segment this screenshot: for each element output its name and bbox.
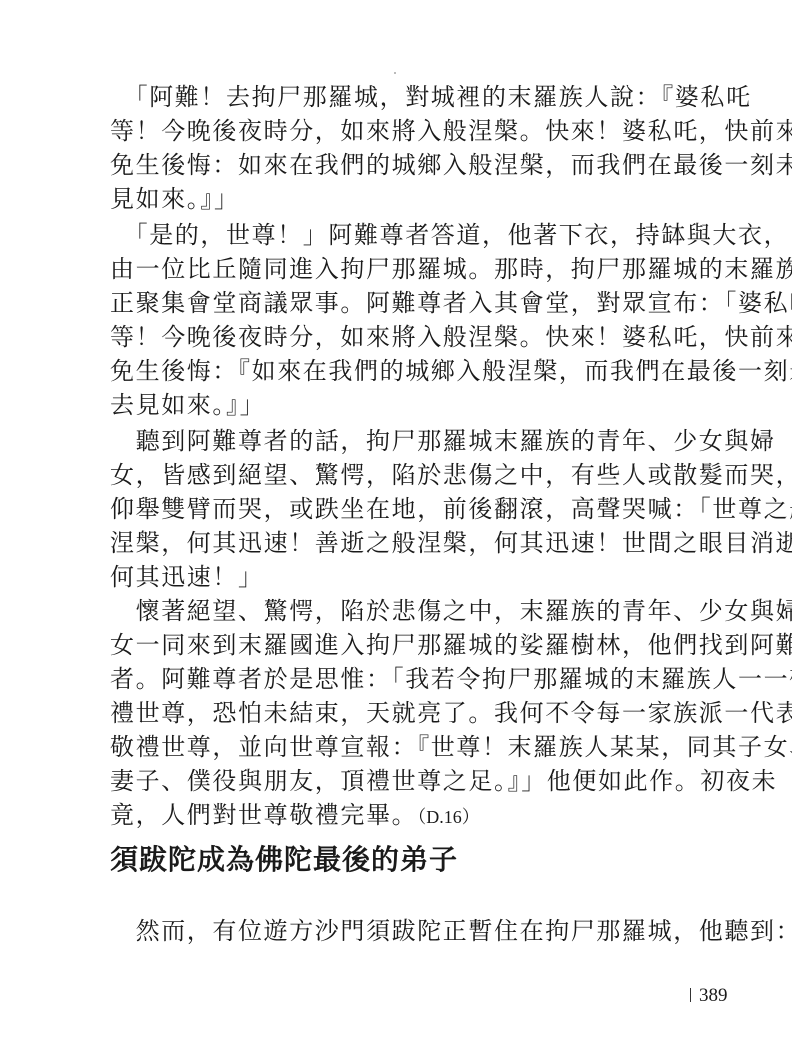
paragraph-1-line-2: 等！今晚後夜時分，如來將入般涅槃。快來！婆私吒，快前來！ [110, 116, 792, 146]
book-page: 「阿難！去拘尸那羅城，對城裡的末羅族人說：『婆私吒 等！今晚後夜時分，如來將入般… [0, 0, 792, 1056]
paragraph-2-line-3: 正聚集會堂商議眾事。阿難尊者入其會堂，對眾宣布：「婆私吒 [110, 288, 792, 318]
page-number: 389 [690, 985, 728, 1007]
paragraph-4-line-7-text: 竟，人們對世尊敬禮完畢。 [110, 801, 417, 829]
paragraph-2-line-4: 等！今晚後夜時分，如來將入般涅槃。快來！婆私吒，快前來！ [110, 322, 792, 352]
paragraph-1-line-1: 「阿難！去拘尸那羅城，對城裡的末羅族人說：『婆私吒 [110, 82, 752, 112]
folio-divider [690, 988, 691, 1002]
paragraph-4-line-4: 禮世尊，恐怕未結束，天就亮了。我何不令每一家族派一代表來 [110, 698, 792, 728]
paragraph-3-line-3: 仰舉雙臂而哭，或跌坐在地，前後翻滾，高聲哭喊：「世尊之般 [110, 494, 792, 524]
paragraph-2-line-2: 由一位比丘隨同進入拘尸那羅城。那時，拘尸那羅城的末羅族人 [110, 254, 792, 284]
paragraph-3-line-2: 女，皆感到絕望、驚愕，陷於悲傷之中，有些人或散髮而哭，或 [110, 460, 792, 490]
paragraph-4-line-2: 女一同來到末羅國進入拘尸那羅城的娑羅樹林，他們找到阿難尊 [110, 630, 792, 660]
page-number-text: 389 [699, 985, 728, 1006]
print-speck [394, 72, 396, 74]
paragraph-2-line-6: 去見如來。』」 [110, 390, 265, 420]
paragraph-1-line-4: 見如來。』」 [110, 184, 240, 214]
final-paragraph-line-1: 然而，有位遊方沙門須跋陀正暫住在拘尸那羅城，他聽到： [110, 916, 792, 946]
paragraph-3-line-5: 何其迅速！」 [110, 562, 264, 592]
citation-reference: （D.16） [417, 807, 480, 827]
paragraph-4-line-6: 妻子、僕役與朋友，頂禮世尊之足。』」他便如此作。初夜未 [110, 766, 777, 796]
section-heading: 須跋陀成為佛陀最後的弟子 [110, 842, 458, 878]
paragraph-4-line-3: 者。阿難尊者於是思惟：「我若令拘尸那羅城的末羅族人一一敬 [110, 664, 792, 694]
paragraph-3-line-4: 涅槃，何其迅速！善逝之般涅槃，何其迅速！世間之眼目消逝， [110, 528, 792, 558]
paragraph-2-line-1: 「是的，世尊！」阿難尊者答道，他著下衣，持缽與大衣， [110, 220, 789, 250]
paragraph-4-line-7: 竟，人們對世尊敬禮完畢。（D.16） [110, 800, 480, 832]
paragraph-4-line-5: 敬禮世尊，並向世尊宣報：『世尊！末羅族人某某，同其子女、 [110, 732, 792, 762]
paragraph-2-line-5: 免生後悔：『如來在我們的城鄉入般涅槃，而我們在最後一刻未 [110, 356, 792, 386]
paragraph-4-line-1: 懷著絕望、驚愕，陷於悲傷之中，末羅族的青年、少女與婦 [110, 596, 792, 626]
paragraph-1-line-3: 免生後悔：如來在我們的城鄉入般涅槃，而我們在最後一刻未去 [110, 150, 792, 180]
paragraph-3-line-1: 聽到阿難尊者的話，拘尸那羅城末羅族的青年、少女與婦 [110, 426, 776, 456]
